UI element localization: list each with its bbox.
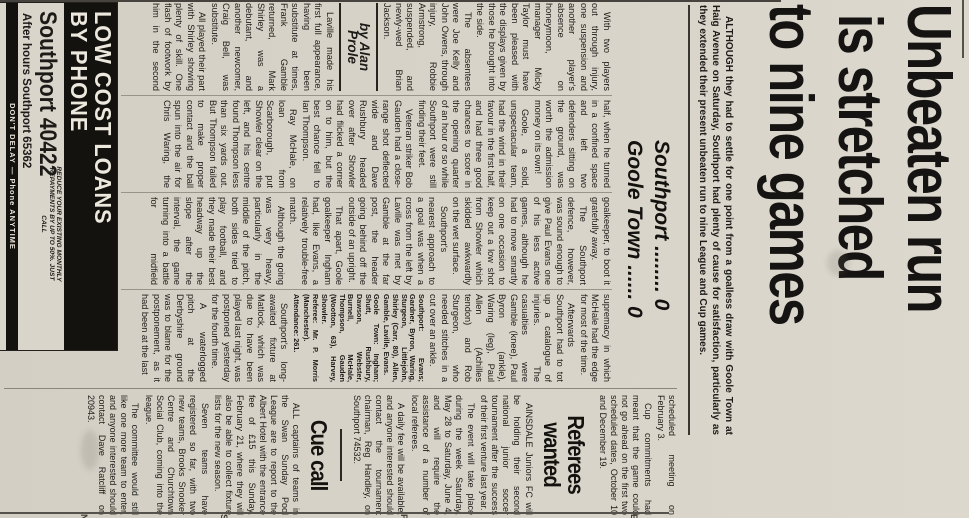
advert-banner: LOW COST LOANS BY PHONE [64,3,117,350]
advert-after-hours: After hours Southport 65362 [20,13,32,346]
cut-off-letter: N [79,514,89,518]
scan-edge-rule-left [0,0,781,2]
report-paragraph: That apart, Goole goalkeeper Ingham had,… [287,197,345,285]
postponed-continuation: scheduled meeting on February 3. [655,395,677,515]
side-news-column: scheduled meeting on February 3. Cup com… [4,388,677,515]
newspaper-scan-viewport: Unbeaten run is stretched to nine games … [0,0,969,518]
main-headline: Unbeaten run is stretched to nine games [756,4,963,516]
lineup-southport: Southport: Evans; Gardner, Byron, Waring… [381,294,425,382]
advert-phone-block: REDUCE YOUR EXISTING MONTHLY REPAYMENTS … [20,3,64,350]
referees-wanted-heading: Referees wanted [540,395,588,515]
report-paragraph: Southport's nearest approach to a goal w… [346,197,450,285]
report-paragraph: Afterwards Southport had to tot up a cat… [427,294,577,382]
report-paragraph: The absentees were Joe Kelly and John Ow… [381,3,473,91]
referees-story-paragraph: AINSDALE Juniors FC will be holding thei… [478,395,534,515]
byline-text: by Alan Prole [346,23,373,71]
report-paragraph: Veteran striker Bob Gauden had a close-r… [300,100,415,188]
report-paragraph: Goole, a solid, unspectacular team, had … [416,100,531,188]
team-lineups: Southport: Evans; Gardner, Byron, Waring… [291,294,425,382]
advert-line-2: BY PHONE [67,11,91,350]
report-paragraph: With two players out through injury, one… [474,3,612,91]
scan-edge-rule-right [0,512,669,514]
cue-story-paragraph: Seven teams have registered so far, with… [142,395,209,515]
referees-story-paragraph: The event will take place during the wee… [408,395,475,515]
headline-line-1: Unbeaten run [894,4,963,516]
referees-story-paragraph: A daily fee will be available, and anyon… [350,395,406,515]
advert-line-1: LOW COST LOANS [91,11,115,350]
cut-off-letter: S [219,514,229,518]
section-divider-rule [340,429,342,481]
report-paragraph: Laville made his first full appearance, … [209,3,336,91]
attendance-line: Attendance: 261. [291,294,300,382]
referee-line: Referee: Mr. P. Morris (Manchester). [301,294,318,382]
newspaper-page: Unbeaten run is stretched to nine games … [0,0,969,518]
cut-off-letter: E [629,514,639,518]
advert-small-print: REDUCE YOUR EXISTING MONTHLY REPAYMENTS … [40,165,62,283]
advert-dont-delay-strip: DON'T DELAY — Phone ANYTIME [6,3,18,350]
intro-paragraph: ALTHOUGH they had to settle for one poin… [688,5,734,435]
cue-call-heading: Cue call [307,395,331,515]
report-paragraph: The Southport defence, however, was soun… [450,197,588,285]
scan-smudge [827,250,849,276]
lineup-goole: Goole Town: Ingham; Shutt, Rushbury, Daw… [320,294,381,382]
postponed-continuation: Cup commitments had meant that the game … [597,395,653,515]
headline-line-3: to nine games [756,4,825,516]
scoreline-home: Southport ........ 0 [648,140,675,390]
intro-text: ALTHOUGH they had to settle for one poin… [695,5,734,435]
cut-off-letter: P [399,514,409,518]
match-report-columns: With two players out through injury, one… [121,3,612,382]
scoreline-away: Goole Town ...... 0 [621,140,648,390]
scan-smudge [81,430,99,470]
scoreline: Southport ........ 0 Goole Town ...... 0 [621,140,675,390]
byline-box: by Alan Prole [339,3,378,91]
postponed-paragraph: Southport's long-awaited fixture at Matl… [209,294,290,382]
loans-advert: LOW COST LOANS BY PHONE REDUCE YOUR EXIS… [0,2,118,351]
cue-story-paragraph: ALL captains of teams in the Swan Sunday… [212,395,302,515]
postponed-paragraph: A waterlogged pitch at the Derbyshire gr… [139,294,208,382]
